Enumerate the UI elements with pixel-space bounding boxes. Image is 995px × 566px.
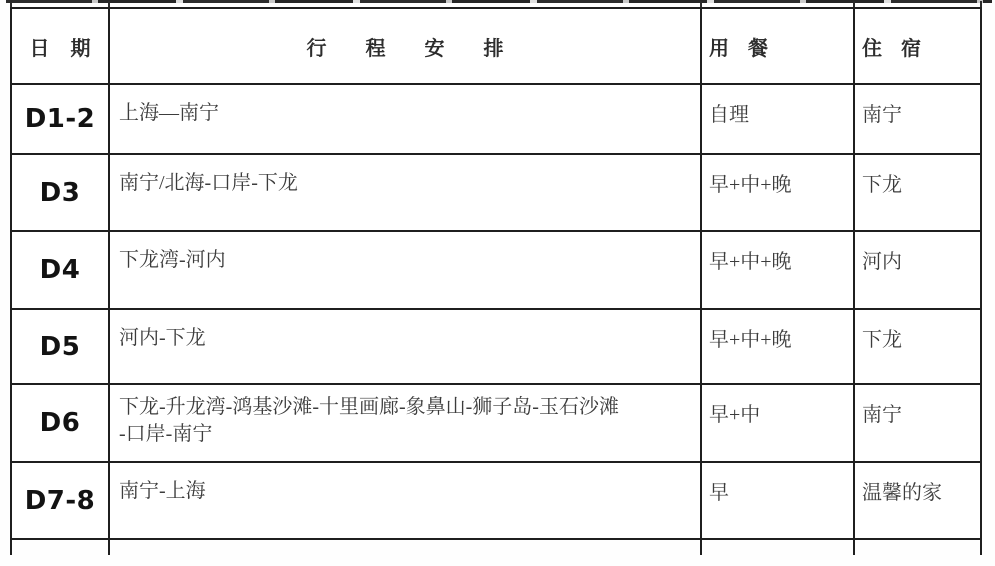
table-row: D4 下龙湾-河内 早+中+晚 河内	[12, 232, 980, 310]
table-row: D7-8 南宁-上海 早 温馨的家	[12, 463, 980, 540]
header-lodging: 住 宿	[855, 9, 980, 83]
lodging-text: 下龙	[855, 310, 980, 383]
itinerary-text: 上海—南宁	[110, 85, 702, 153]
header-itinerary: 行 程 安 排	[110, 9, 702, 83]
cropped-row-top-edge	[6, 0, 992, 3]
itinerary-text: 南宁/北海-口岸-下龙	[110, 155, 702, 230]
meals-text: 自理	[702, 85, 855, 153]
grid-line-stub	[110, 540, 702, 555]
meals-text: 早+中	[702, 385, 855, 461]
day-label: D7-8	[12, 463, 110, 538]
itinerary-document-page: 日 期 行 程 安 排 用 餐 住 宿 D1-2 上海—南宁 自理 南宁 D3 …	[0, 0, 995, 566]
table-header-row: 日 期 行 程 安 排 用 餐 住 宿	[12, 9, 980, 85]
day-label: D4	[12, 232, 110, 308]
itinerary-text: 下龙湾-河内	[110, 232, 702, 308]
header-date: 日 期	[12, 9, 110, 83]
lodging-text: 下龙	[855, 155, 980, 230]
meals-text: 早+中+晚	[702, 155, 855, 230]
meals-text: 早+中+晚	[702, 310, 855, 383]
table-row: D1-2 上海—南宁 自理 南宁	[12, 85, 980, 155]
table-row: D5 河内-下龙 早+中+晚 下龙	[12, 310, 980, 385]
grid-line-stub	[702, 540, 855, 555]
lodging-text: 温馨的家	[855, 463, 980, 538]
grid-line-stub	[855, 540, 980, 555]
itinerary-text: 河内-下龙	[110, 310, 702, 383]
header-meals: 用 餐	[702, 9, 855, 83]
grid-line-stub	[12, 540, 110, 555]
lodging-text: 河内	[855, 232, 980, 308]
meals-text: 早	[702, 463, 855, 538]
itinerary-table: 日 期 行 程 安 排 用 餐 住 宿 D1-2 上海—南宁 自理 南宁 D3 …	[10, 7, 982, 540]
table-row: D3 南宁/北海-口岸-下龙 早+中+晚 下龙	[12, 155, 980, 232]
lodging-text: 南宁	[855, 385, 980, 461]
day-label: D6	[12, 385, 110, 461]
cropped-row-bottom-edge	[10, 540, 982, 555]
itinerary-text: 下龙-升龙湾-鸿基沙滩-十里画廊-象鼻山-狮子岛-玉石沙滩 -口岸-南宁	[110, 385, 702, 461]
table-row: D6 下龙-升龙湾-鸿基沙滩-十里画廊-象鼻山-狮子岛-玉石沙滩 -口岸-南宁 …	[12, 385, 980, 463]
itinerary-text: 南宁-上海	[110, 463, 702, 538]
day-label: D1-2	[12, 85, 110, 153]
day-label: D5	[12, 310, 110, 383]
lodging-text: 南宁	[855, 85, 980, 153]
meals-text: 早+中+晚	[702, 232, 855, 308]
day-label: D3	[12, 155, 110, 230]
